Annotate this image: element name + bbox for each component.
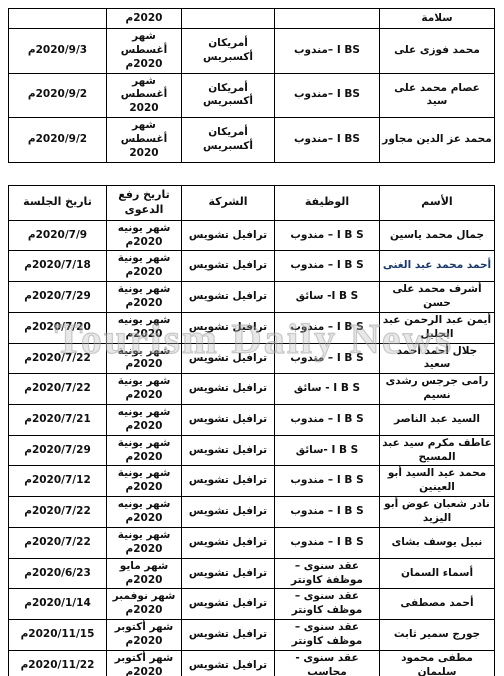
- company-cell: ترافيل تشويس: [182, 620, 275, 651]
- filing-date-cell: شهر يونيه 2020م: [107, 220, 182, 251]
- name-cell: أيمن عبد الرحمن عبد الجليل: [380, 312, 495, 343]
- filing-date-cell: شهر يونية 2020م: [107, 374, 182, 405]
- session-date-cell: 2020/1/14م: [9, 589, 107, 620]
- filing-date-cell: شهر أغسطس 2020م: [107, 29, 182, 74]
- filing-date-cell: شهر مايو 2020م: [107, 558, 182, 589]
- company-cell: أمريكان أكسبريس: [182, 73, 275, 118]
- table-row: محمد عز الدين مجاور I BS –مندوب أمريكان …: [9, 118, 495, 163]
- job-cell: I B S – مندوب: [275, 312, 380, 343]
- table-row: مطفى محمود سليمان عقد سنوى - محاسب ترافي…: [9, 650, 495, 676]
- name-cell: رامى جرجس رشدى نسيم: [380, 374, 495, 405]
- job-cell: I BS –مندوب: [275, 118, 380, 163]
- company-cell: ترافيل تشويس: [182, 527, 275, 558]
- job-cell: I B S – مندوب: [275, 405, 380, 436]
- table-row: جمال محمد ياسين I B S – مندوب ترافيل تشو…: [9, 220, 495, 251]
- header-name: الأسم: [380, 185, 495, 220]
- company-cell: ترافيل تشويس: [182, 650, 275, 676]
- session-date-cell: 2020/7/22م: [9, 527, 107, 558]
- filing-date-cell: شهر أغسطس 2020: [107, 73, 182, 118]
- session-date-cell: 2020/11/15م: [9, 620, 107, 651]
- company-cell: ترافيل تشويس: [182, 251, 275, 282]
- filing-date-cell: شهر نوفمبر 2020م: [107, 589, 182, 620]
- name-cell: السيد عبد الناصر: [380, 405, 495, 436]
- name-cell: سلامة: [380, 9, 495, 29]
- job-cell: I B S – مندوب: [275, 497, 380, 528]
- job-cell: I B S – مندوب: [275, 466, 380, 497]
- session-date-cell: 2020/7/22م: [9, 343, 107, 374]
- name-cell: محمد عيد السيد أبو العينين: [380, 466, 495, 497]
- session-date-cell: 2020/7/20م: [9, 312, 107, 343]
- table-row: أسماء السمان عقد سنوى – موظفة كاونتر ترا…: [9, 558, 495, 589]
- filing-date-cell: شهر أغسطس 2020: [107, 118, 182, 163]
- filing-date-cell: شهر يونية 2020م: [107, 435, 182, 466]
- filing-date-cell: شهر يونيه 2020م: [107, 497, 182, 528]
- session-date-cell: 2020/7/21م: [9, 405, 107, 436]
- header-company: الشركة: [182, 185, 275, 220]
- name-cell: أحمد محمد عبد الغنى: [380, 251, 495, 282]
- session-date-cell: 2020/7/29م: [9, 435, 107, 466]
- company-cell: [182, 9, 275, 29]
- name-cell: محمد فوزى على: [380, 29, 495, 74]
- job-cell: I BS –مندوب: [275, 29, 380, 74]
- company-cell: ترافيل تشويس: [182, 220, 275, 251]
- name-cell: عصام محمد على سيد: [380, 73, 495, 118]
- name-cell: أشرف محمد على حسن: [380, 282, 495, 313]
- job-cell: عقد سنوى - محاسب: [275, 650, 380, 676]
- table-row: رامى جرجس رشدى نسيم I B S - سائق ترافيل …: [9, 374, 495, 405]
- session-date-cell: 2020/7/22م: [9, 497, 107, 528]
- job-cell: عقد سنوى – موظف كاونتر: [275, 620, 380, 651]
- table-american-express: سلامة 2020م محمد فوزى على I BS –مندوب أم…: [8, 8, 495, 163]
- table-row: أحمد مصطفى عقد سنوى – موظف كاونتر ترافيل…: [9, 589, 495, 620]
- filing-date-cell: شهر يونية 2020م: [107, 343, 182, 374]
- table-row: عاطف مكرم سيد عبد المسيح I B S -سائق ترا…: [9, 435, 495, 466]
- table-row: محمد فوزى على I BS –مندوب أمريكان أكسبري…: [9, 29, 495, 74]
- company-cell: ترافيل تشويس: [182, 558, 275, 589]
- table-row: نبيل يوسف بشاى I B S – مندوب ترافيل تشوي…: [9, 527, 495, 558]
- header-row: الأسم الوظيفة الشركة تاريخ رفع الدعوى تا…: [9, 185, 495, 220]
- session-date-cell: 2020/7/22م: [9, 374, 107, 405]
- job-cell: I BS –مندوب: [275, 73, 380, 118]
- session-date-cell: 2020/7/9م: [9, 220, 107, 251]
- job-cell: عقد سنوى – موظفة كاونتر: [275, 558, 380, 589]
- company-cell: ترافيل تشويس: [182, 466, 275, 497]
- name-cell: جورج سمير ثابت: [380, 620, 495, 651]
- session-date-cell: 2020/6/23م: [9, 558, 107, 589]
- filing-date-cell: شهر يونية 2020م: [107, 466, 182, 497]
- company-cell: أمريكان أكسبريس: [182, 118, 275, 163]
- session-date-cell: 2020/7/12م: [9, 466, 107, 497]
- company-cell: ترافيل تشويس: [182, 374, 275, 405]
- company-cell: ترافيل تشويس: [182, 405, 275, 436]
- company-cell: ترافيل تشويس: [182, 435, 275, 466]
- table-row: السيد عبد الناصر I B S – مندوب ترافيل تش…: [9, 405, 495, 436]
- company-cell: ترافيل تشويس: [182, 312, 275, 343]
- header-filing-date: تاريخ رفع الدعوى: [107, 185, 182, 220]
- filing-date-cell: شهر يونية 2020م: [107, 251, 182, 282]
- name-cell: أسماء السمان: [380, 558, 495, 589]
- table-row: أشرف محمد على حسن I B S- سائق ترافيل تشو…: [9, 282, 495, 313]
- job-cell: [275, 9, 380, 29]
- header-session-date: تاريخ الجلسة: [9, 185, 107, 220]
- session-date-cell: 2020/11/22م: [9, 650, 107, 676]
- session-date-cell: 2020/7/18م: [9, 251, 107, 282]
- company-cell: ترافيل تشويس: [182, 497, 275, 528]
- filing-date-cell: شهر أكتوبر 2020م: [107, 650, 182, 676]
- company-cell: ترافيل تشويس: [182, 343, 275, 374]
- header-job: الوظيفة: [275, 185, 380, 220]
- session-date-cell: 2020/7/29م: [9, 282, 107, 313]
- session-date-cell: 2020/9/2م: [9, 73, 107, 118]
- filing-date-cell: 2020م: [107, 9, 182, 29]
- filing-date-cell: شهر يونيه 2020م: [107, 312, 182, 343]
- job-cell: I B S - سائق: [275, 374, 380, 405]
- company-cell: ترافيل تشويس: [182, 282, 275, 313]
- company-cell: ترافيل تشويس: [182, 589, 275, 620]
- table-travel-choice: الأسم الوظيفة الشركة تاريخ رفع الدعوى تا…: [8, 185, 495, 676]
- name-cell: عاطف مكرم سيد عبد المسيح: [380, 435, 495, 466]
- job-cell: I B S- سائق: [275, 282, 380, 313]
- filing-date-cell: شهر أكتوبر 2020م: [107, 620, 182, 651]
- session-date-cell: 2020/9/2م: [9, 118, 107, 163]
- filing-date-cell: شهر يونيه 2020م: [107, 405, 182, 436]
- name-cell: أحمد مصطفى: [380, 589, 495, 620]
- table-row: سلامة 2020م: [9, 9, 495, 29]
- document-page: Tourism Daily News سلامة 2020م محمد فوزى…: [0, 8, 504, 676]
- name-cell: جمال محمد ياسين: [380, 220, 495, 251]
- session-date-cell: 2020/9/3م: [9, 29, 107, 74]
- table-row: محمد عيد السيد أبو العينين I B S – مندوب…: [9, 466, 495, 497]
- table-row: نادر شعبان عوض أبو اليزيد I B S – مندوب …: [9, 497, 495, 528]
- name-cell: نادر شعبان عوض أبو اليزيد: [380, 497, 495, 528]
- job-cell: I B S – مندوب: [275, 527, 380, 558]
- job-cell: عقد سنوى – موظف كاونتر: [275, 589, 380, 620]
- job-cell: I B S – مندوب: [275, 251, 380, 282]
- table-row: أحمد محمد عبد الغنى I B S – مندوب ترافيل…: [9, 251, 495, 282]
- name-cell: نبيل يوسف بشاى: [380, 527, 495, 558]
- company-cell: أمريكان أكسبريس: [182, 29, 275, 74]
- table-row: أيمن عبد الرحمن عبد الجليل I B S – مندوب…: [9, 312, 495, 343]
- name-cell: جلال أحمد أحمد سعيد: [380, 343, 495, 374]
- table-row: جورج سمير ثابت عقد سنوى – موظف كاونتر تر…: [9, 620, 495, 651]
- job-cell: I B S -سائق: [275, 435, 380, 466]
- job-cell: I B S – مندوب: [275, 220, 380, 251]
- job-cell: I B S – مندوب: [275, 343, 380, 374]
- session-date-cell: [9, 9, 107, 29]
- name-cell: مطفى محمود سليمان: [380, 650, 495, 676]
- table-row: عصام محمد على سيد I BS –مندوب أمريكان أك…: [9, 73, 495, 118]
- filing-date-cell: شهر يونية 2020م: [107, 282, 182, 313]
- filing-date-cell: شهر يونية 2020م: [107, 527, 182, 558]
- name-cell: محمد عز الدين مجاور: [380, 118, 495, 163]
- table-row: جلال أحمد أحمد سعيد I B S – مندوب ترافيل…: [9, 343, 495, 374]
